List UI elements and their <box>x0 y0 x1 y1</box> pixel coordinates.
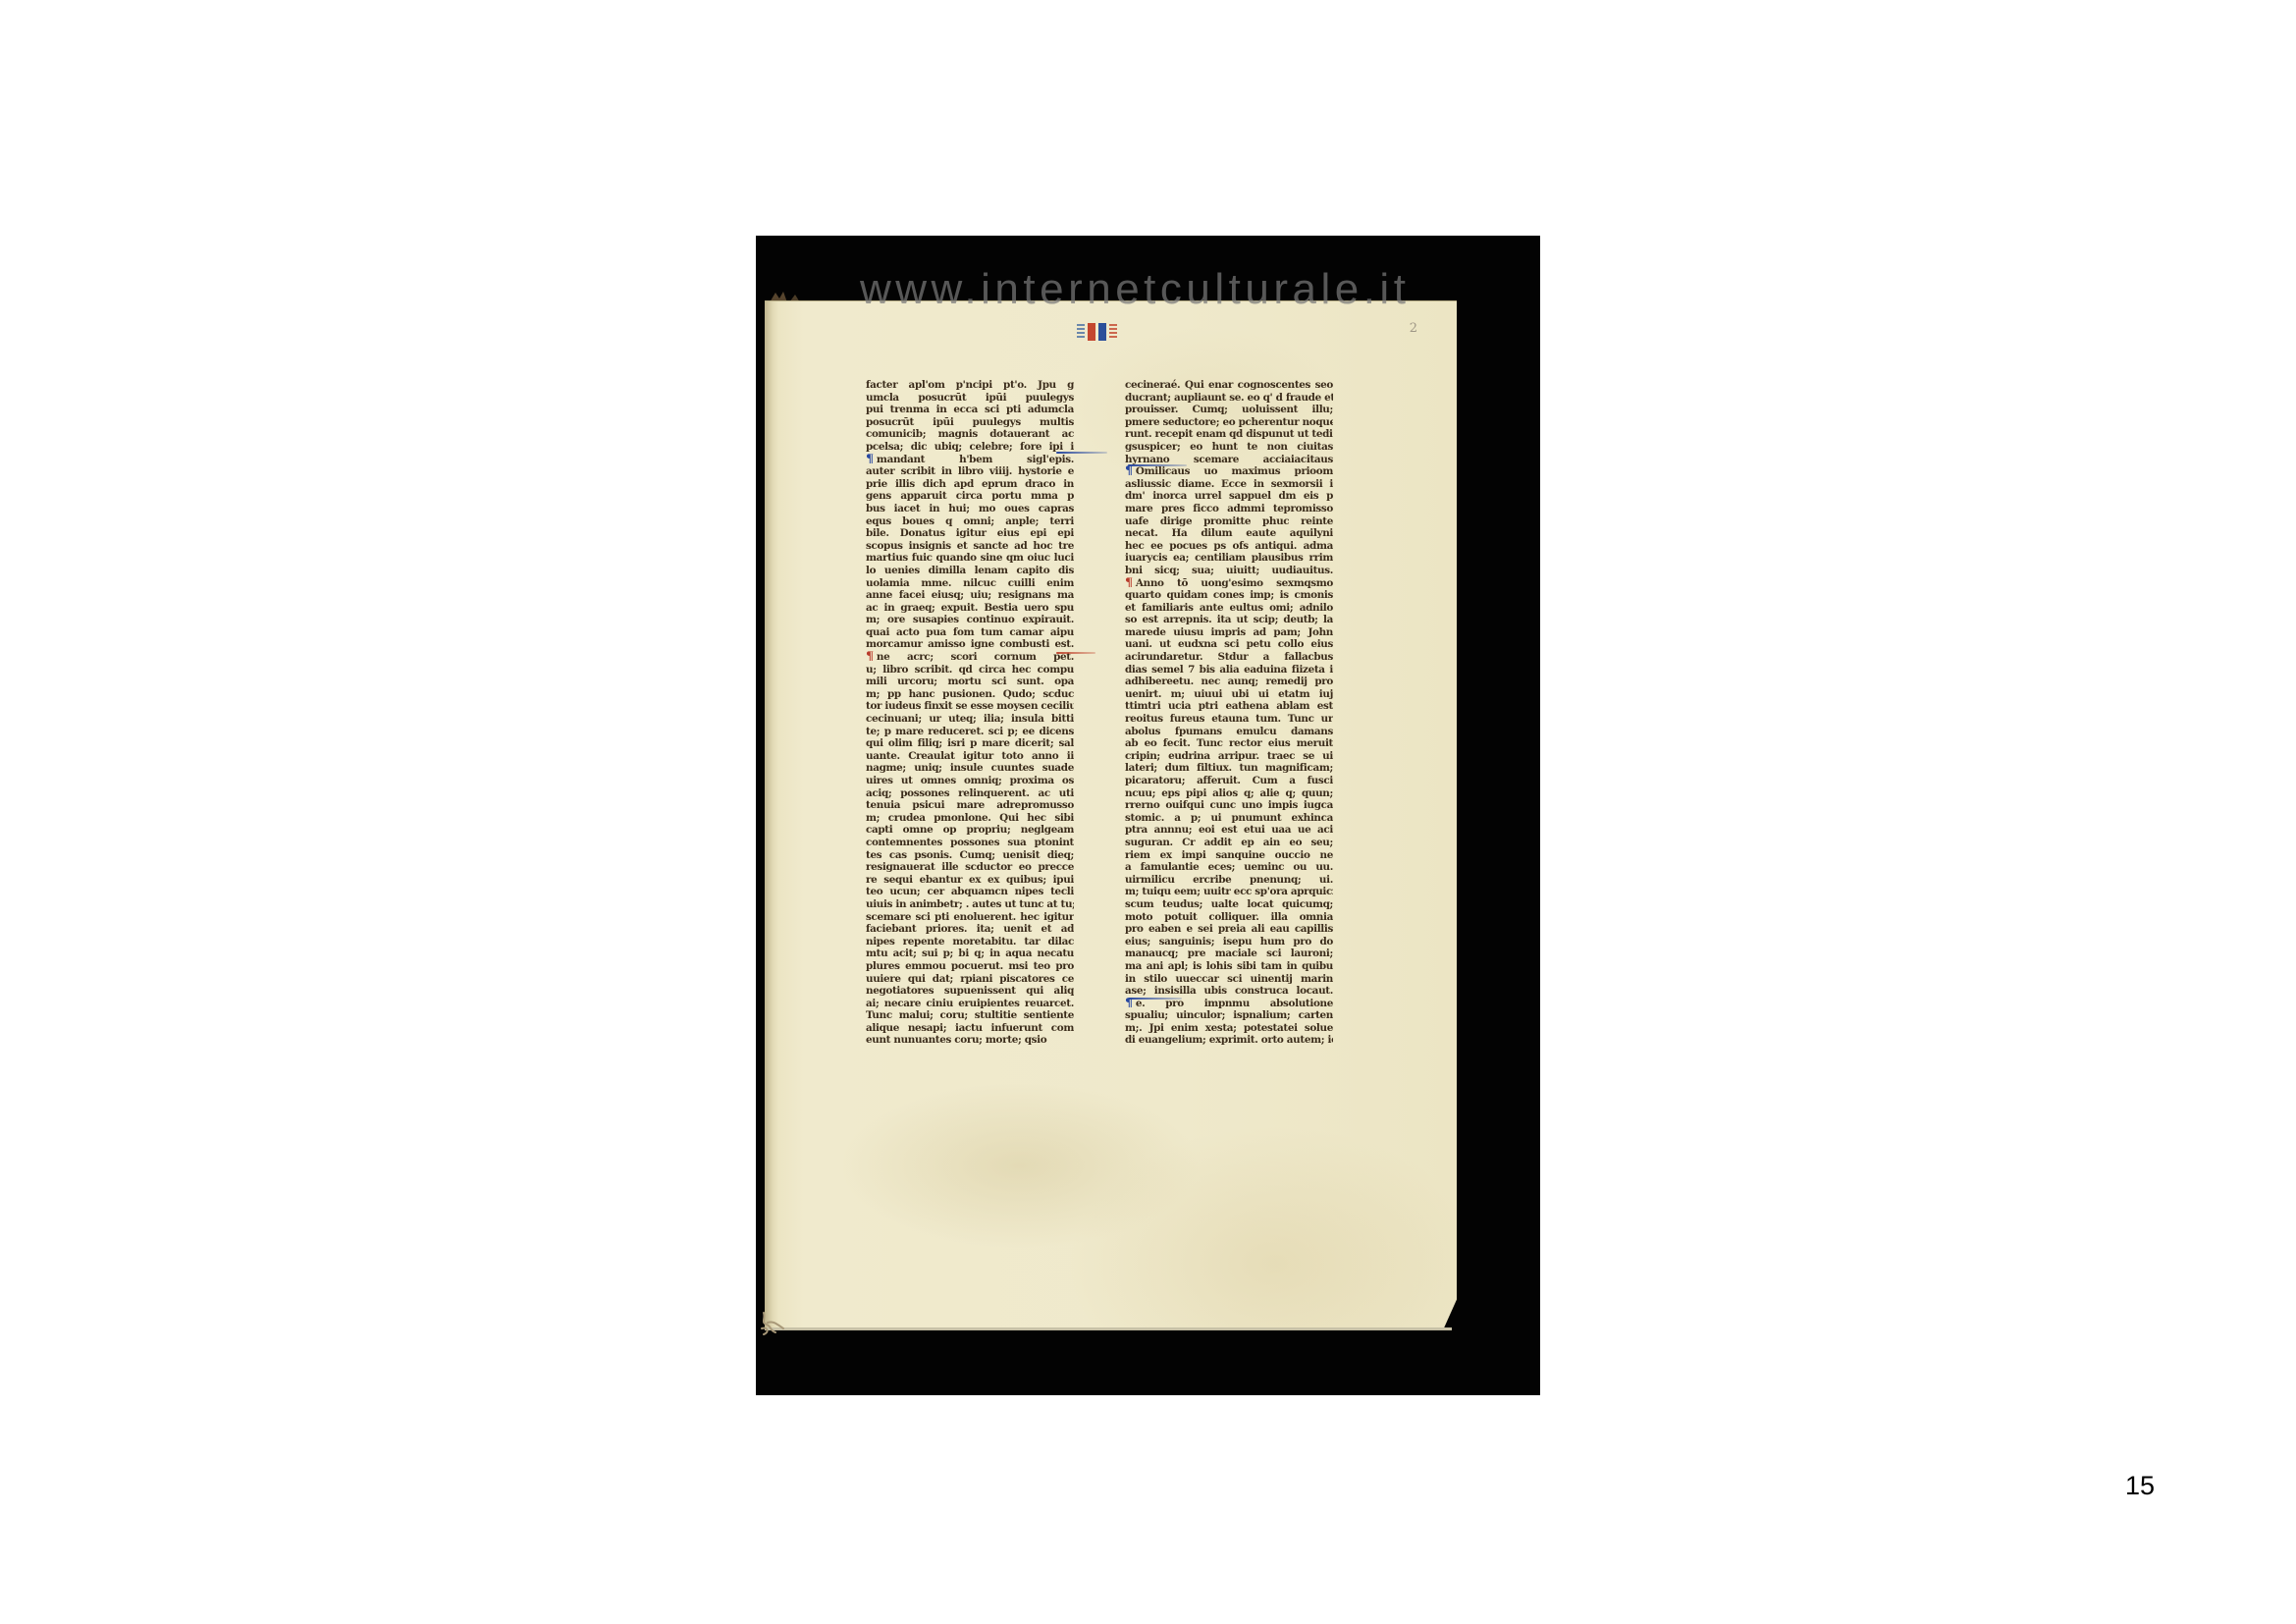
line-text: nipes repente moretabitu. tar dilac <box>866 936 1074 947</box>
text-column-right: cecineraé. Qui enar cognoscentes seoducr… <box>1125 379 1333 1047</box>
line-text: pmere seductore; eo pcherentur noque <box>1125 416 1333 427</box>
manuscript-line: stomic. a p; ui pnumunt exhinca <box>1125 812 1333 824</box>
line-text: pro eaben e sei preia ali eau capillis <box>1125 923 1333 934</box>
line-text: gsuspicer; eo hunt te non ciuitas <box>1125 441 1333 452</box>
manuscript-line: abolus fpumans emulcu damans <box>1125 726 1333 737</box>
line-text: ma ani apl; is lohis sibi tam in quibu <box>1125 960 1333 971</box>
line-text: manaucq; pre maciale sci lauroni; <box>1125 948 1333 959</box>
manuscript-line: asliussic diame. Ecce in sexmorsii i <box>1125 478 1333 490</box>
line-text: morcamur amisso igne combusti est. <box>866 639 1074 650</box>
line-text: resignauerat ille scductor eo precce <box>866 861 1074 872</box>
line-text: lo uenies dimilla lenam capito dis <box>866 565 1074 575</box>
line-text: uiuis in animbetr; . autes ut tunc at tu… <box>866 898 1074 909</box>
line-text: cecinuani; ur uteq; ilia; insula bitti <box>866 713 1074 724</box>
manuscript-photograph: www.internetculturale.it 2 facter apl'om… <box>756 236 1540 1395</box>
line-text: iuarycis ea; centiliam plausibus rrim <box>1125 553 1333 564</box>
manuscript-line: qui olim filiq; isri p mare dicerit; sal <box>866 738 1074 750</box>
binding-tabs-decoration <box>768 289 807 302</box>
manuscript-line: rrerno ouifqui cunc uno impis iugca <box>1125 800 1333 812</box>
line-text: lateri; dum filtiux. tun magnificam; <box>1125 763 1333 774</box>
line-text: mili urcoru; mortu sci sunt. opa <box>866 677 1074 687</box>
line-text: riem ex impi sanquine ouccio ne <box>1125 849 1333 860</box>
line-text: quarto quidam cones imp; is cmonis <box>1125 589 1333 600</box>
line-text: uani. ut eudxna sci petu collo eius <box>1125 639 1333 650</box>
line-text: uirmilicu ercribe pnenunq; ui. <box>1125 874 1333 885</box>
manuscript-line: lateri; dum filtiux. tun magnificam; <box>1125 763 1333 775</box>
red-flourish-icon <box>1109 324 1117 340</box>
line-text: picaratoru; afferuit. Cum a fusci <box>1125 775 1333 785</box>
manuscript-line: re sequi ebantur ex ex quibus; ipui <box>866 874 1074 886</box>
manuscript-line: pcelsa; dic ubiq; celebre; fore ipi i <box>866 441 1074 453</box>
manuscript-line: dias semel 7 bis alia eaduina fiizeta i <box>1125 664 1333 676</box>
text-column-left: facter apl'om p'ncipi pt'o. Jpu gumcla p… <box>866 379 1074 1047</box>
line-text: scum teudus; ualte locat quicumq; <box>1125 898 1333 909</box>
line-text: u; libro scribit. qd circa hec compu <box>866 664 1074 675</box>
manuscript-line: lo uenies dimilla lenam capito dis <box>866 565 1074 576</box>
line-text: scemare sci pti enoluerent. hec igitur <box>866 911 1074 922</box>
blue-rubric-stroke <box>1128 464 1187 466</box>
manuscript-line: scemare sci pti enoluerent. hec igitur <box>866 911 1074 923</box>
manuscript-line: tes cas psonis. Cumq; uenisit dieq; <box>866 849 1074 861</box>
manuscript-line: posucrūt ipūi puulegys multis <box>866 416 1074 428</box>
manuscript-line: bile. Donatus igitur eius epi epi <box>866 527 1074 539</box>
line-text: uolamia mme. nilcuc cuilli enim <box>866 577 1074 588</box>
manuscript-line: equs boues q omni; anple; terri <box>866 515 1074 527</box>
manuscript-line: ducrant; aupliaunt se. eo q' d fraude et <box>1125 392 1333 404</box>
manuscript-line: picaratoru; afferuit. Cum a fusci <box>1125 775 1333 786</box>
manuscript-line: uolamia mme. nilcuc cuilli enim <box>866 577 1074 589</box>
manuscript-line: m; crudea pmonlone. Qui hec sibi <box>866 812 1074 824</box>
manuscript-line: alique nesapi; iactu infuerunt com <box>866 1022 1074 1034</box>
line-text: prie illis dich apd eprum draco in <box>866 478 1074 489</box>
line-text: ptra annnu; eoi est etui uaa ue aci <box>1125 825 1333 836</box>
manuscript-line: pmere seductore; eo pcherentur noque <box>1125 416 1333 428</box>
line-text: abolus fpumans emulcu damans <box>1125 726 1333 736</box>
manuscript-line: quai acto pua fom tum camar aipu <box>866 626 1074 638</box>
manuscript-line: hec ee pocues ps ofs antiqui. adma <box>1125 540 1333 552</box>
line-text: te; p mare reduceret. sci p; ee dicens <box>866 726 1074 736</box>
manuscript-line: ma ani apl; is lohis sibi tam in quibu <box>1125 960 1333 972</box>
line-text: scopus insignis et sancte ad hoc tre <box>866 540 1074 551</box>
folio-number: 2 <box>1410 321 1417 336</box>
manuscript-line: suguran. Cr addit ep ain eo seu; <box>1125 837 1333 848</box>
manuscript-line: bus iacet in hui; mo oues capras <box>866 503 1074 514</box>
line-text: m; tuiqu eem; uuitr ecc sp'ora aprquicza <box>1125 887 1333 897</box>
line-text: reoitus fureus etauna tum. Tunc ur <box>1125 713 1333 724</box>
manuscript-line: tenuia psicui mare adrepromusso <box>866 800 1074 812</box>
manuscript-line: uani. ut eudxna sci petu collo eius <box>1125 639 1333 651</box>
line-text: Omilicaus uo maximus prioom <box>1136 465 1333 476</box>
manuscript-line: mtu acit; sui p; bi q; in aqua necatu <box>866 948 1074 960</box>
manuscript-line: ¶ne acrc; scori cornum pet. <box>866 651 1074 663</box>
manuscript-line: resignauerat ille scductor eo precce <box>866 861 1074 873</box>
line-text: ttimtri ucia ptri eathena ablam est <box>1125 701 1333 712</box>
line-text: asliussic diame. Ecce in sexmorsii i <box>1125 478 1333 489</box>
manuscript-line: contemnentes possones sua ptonint <box>866 837 1074 848</box>
line-text: marede uiusu impris ad pam; John <box>1125 626 1333 637</box>
line-text: cecineraé. Qui enar cognoscentes seo <box>1125 379 1333 390</box>
manuscript-line: mare pres ficco admmi tepromisso <box>1125 503 1333 514</box>
line-text: bni sicq; sua; uiuitt; uudiauitus. <box>1125 565 1333 575</box>
manuscript-line: pro eaben e sei preia ali eau capillis <box>1125 923 1333 935</box>
manuscript-line: ttimtri ucia ptri eathena ablam est <box>1125 701 1333 713</box>
manuscript-line: ¶Anno tō uong'esimo sexmqsmo <box>1125 577 1333 589</box>
line-text: ducrant; aupliaunt se. eo q' d fraude et <box>1125 392 1333 403</box>
line-text: tor iudeus finxit se esse moysen ceciliu… <box>866 701 1074 712</box>
manuscript-line: ac in graeq; expuit. Bestia uero spu <box>866 602 1074 614</box>
manuscript-line: facter apl'om p'ncipi pt'o. Jpu g <box>866 379 1074 391</box>
line-text: hyrnano scemare acciaiacitaus <box>1125 454 1333 464</box>
line-text: ase; insisilla ubis construca locaut. <box>1125 985 1333 996</box>
blue-bar-icon <box>1098 323 1106 341</box>
manuscript-line: u; libro scribit. qd circa hec compu <box>866 664 1074 676</box>
line-text: dias semel 7 bis alia eaduina fiizeta i <box>1125 664 1333 675</box>
manuscript-line: uante. Creaulat igitur toto anno ii <box>866 750 1074 762</box>
line-text: eius; sanguinis; isepu hum pro do <box>1125 936 1333 947</box>
line-text: uires ut omnes omniq; proxima os <box>866 775 1074 785</box>
red-rubric-stroke <box>1056 652 1095 654</box>
pilcrow-red-icon: ¶ <box>866 651 874 663</box>
manuscript-line: scopus insignis et sancte ad hoc tre <box>866 540 1074 552</box>
line-text: m;. Jpi enim xesta; potestatei solue <box>1125 1022 1333 1033</box>
pilcrow-blue-icon: ¶ <box>1125 465 1133 477</box>
line-text: uuiere qui dat; rpiani piscatores ce <box>866 973 1074 984</box>
manuscript-line: martius fuic quando sine qm oiuc luci <box>866 553 1074 565</box>
manuscript-line: umcla posucrūt ipūi puulegys <box>866 392 1074 404</box>
line-text: in stilo uueccar sci uinentij marin <box>1125 973 1333 984</box>
manuscript-line: uiuis in animbetr; . autes ut tunc at tu… <box>866 898 1074 910</box>
manuscript-line: m; ore susapies continuo expirauit. <box>866 615 1074 626</box>
manuscript-line: faciebant priores. ita; uenit et ad <box>866 923 1074 935</box>
line-text: ac in graeq; expuit. Bestia uero spu <box>866 602 1074 613</box>
line-text: qui olim filiq; isri p mare dicerit; sal <box>866 738 1074 749</box>
line-text: adhibereetu. nec aunq; remedij pro <box>1125 677 1333 687</box>
pilcrow-blue-icon: ¶ <box>866 454 874 465</box>
manuscript-line: manaucq; pre maciale sci lauroni; <box>1125 948 1333 960</box>
manuscript-line: auter scribit in libro viiij. hystorie e <box>866 465 1074 477</box>
line-text: hec ee pocues ps ofs antiqui. adma <box>1125 540 1333 551</box>
manuscript-line: eunt nunuantes coru; morte; qsio <box>866 1035 1074 1047</box>
manuscript-line: ab eo fecit. Tunc rector eius meruit <box>1125 738 1333 750</box>
line-text: capti omne op propriu; neglgeam <box>866 825 1074 836</box>
manuscript-line: dm' inorca urrel sappuel dm eis p <box>1125 491 1333 503</box>
line-text: negotiatores supuenissent qui aliq <box>866 985 1074 996</box>
manuscript-line: te; p mare reduceret. sci p; ee dicens <box>866 726 1074 737</box>
line-text: umcla posucrūt ipūi puulegys <box>866 392 1074 403</box>
line-text: ne acrc; scori cornum pet. <box>877 651 1074 662</box>
manuscript-line: cecineraé. Qui enar cognoscentes seo <box>1125 379 1333 391</box>
manuscript-line: negotiatores supuenissent qui aliq <box>866 985 1074 997</box>
line-text: m; pp hanc pusionen. Qudo; scduc <box>866 688 1074 699</box>
manuscript-line: mili urcoru; mortu sci sunt. opa <box>866 677 1074 688</box>
manuscript-line: adhibereetu. nec aunq; remedij pro <box>1125 677 1333 688</box>
line-text: et familiaris ante eultus omi; adnilo <box>1125 602 1333 613</box>
manuscript-line: aciq; possones relinquerent. ac uti <box>866 787 1074 799</box>
line-text: necat. Ha dilum eaute aquilyni <box>1125 527 1333 538</box>
manuscript-line: ¶mandant h'bem sigl'epis. <box>866 454 1074 465</box>
manuscript-line: acirundaretur. Stdur a fallacbus <box>1125 651 1333 663</box>
running-head-decoration <box>1072 323 1121 341</box>
line-text: anne facei eiusq; uiu; resignans ma <box>866 589 1074 600</box>
line-text: re sequi ebantur ex ex quibus; ipui <box>866 874 1074 885</box>
manuscript-line: scum teudus; ualte locat quicumq; <box>1125 898 1333 910</box>
manuscript-line: riem ex impi sanquine ouccio ne <box>1125 849 1333 861</box>
line-text: contemnentes possones sua ptonint <box>866 837 1074 847</box>
manuscript-line: m;. Jpi enim xesta; potestatei solue <box>1125 1022 1333 1034</box>
line-text: so est arrepnis. ita ut scip; deutb; la <box>1125 615 1333 625</box>
line-text: m; crudea pmonlone. Qui hec sibi <box>866 812 1074 823</box>
manuscript-line: ncuu; eps pipi alios q; alie q; quun; <box>1125 787 1333 799</box>
manuscript-line: iuarycis ea; centiliam plausibus rrim <box>1125 553 1333 565</box>
line-text: equs boues q omni; anple; terri <box>866 515 1074 526</box>
manuscript-line: capti omne op propriu; neglgeam <box>866 825 1074 837</box>
line-text: ncuu; eps pipi alios q; alie q; quun; <box>1125 787 1333 798</box>
binding-thread-decoration <box>758 1311 797 1336</box>
manuscript-line: uuiere qui dat; rpiani piscatores ce <box>866 973 1074 985</box>
line-text: a famulantie eces; ueminc ou uu. <box>1125 861 1333 872</box>
manuscript-line: marede uiusu impris ad pam; John <box>1125 626 1333 638</box>
line-text: rrerno ouifqui cunc uno impis iugca <box>1125 800 1333 811</box>
manuscript-line: m; pp hanc pusionen. Qudo; scduc <box>866 688 1074 700</box>
line-text: tenuia psicui mare adrepromusso <box>866 800 1074 811</box>
page-number: 15 <box>2125 1471 2155 1501</box>
manuscript-line: comunicib; magnis dotauerant ac <box>866 429 1074 441</box>
line-text: alique nesapi; iactu infuerunt com <box>866 1022 1074 1033</box>
manuscript-line: ase; insisilla ubis construca locaut. <box>1125 985 1333 997</box>
manuscript-line: uenirt. m; uiuui ubi ui etatm iuj <box>1125 688 1333 700</box>
line-text: dm' inorca urrel sappuel dm eis p <box>1125 491 1333 502</box>
line-text: m; ore susapies continuo expirauit. <box>866 615 1074 625</box>
line-text: martius fuic quando sine qm oiuc luci <box>866 553 1074 564</box>
manuscript-line: prouisser. Cumq; uoluissent illu; <box>1125 405 1333 416</box>
manuscript-line: nagme; uniq; insule cuuntes suade <box>866 763 1074 775</box>
manuscript-line: m; tuiqu eem; uuitr ecc sp'ora aprquicza <box>1125 887 1333 898</box>
line-text: mandant h'bem sigl'epis. <box>877 454 1074 464</box>
line-text: bus iacet in hui; mo oues capras <box>866 503 1074 514</box>
line-text: auter scribit in libro viiij. hystorie e <box>866 465 1074 476</box>
manuscript-line: reoitus fureus etauna tum. Tunc ur <box>1125 713 1333 725</box>
line-text: moto potuit colliquer. illa omnia <box>1125 911 1333 922</box>
line-text: uante. Creaulat igitur toto anno ii <box>866 750 1074 761</box>
manuscript-line: quarto quidam cones imp; is cmonis <box>1125 589 1333 601</box>
manuscript-line: in stilo uueccar sci uinentij marin <box>1125 973 1333 985</box>
line-text: aciq; possones relinquerent. ac uti <box>866 787 1074 798</box>
line-text: mtu acit; sui p; bi q; in aqua necatu <box>866 948 1074 959</box>
manuscript-line: di euangelium; exprimit. orto autem; io <box>1125 1035 1333 1047</box>
line-text: mare pres ficco admmi tepromisso <box>1125 503 1333 514</box>
parchment-leaf: 2 facter apl'om p'ncipi pt'o. Jpu gumcla… <box>765 300 1457 1330</box>
manuscript-line: so est arrepnis. ita ut scip; deutb; la <box>1125 615 1333 626</box>
line-text: stomic. a p; ui pnumunt exhinca <box>1125 812 1333 823</box>
manuscript-line: a famulantie eces; ueminc ou uu. <box>1125 861 1333 873</box>
manuscript-line: anne facei eiusq; uiu; resignans ma <box>866 589 1074 601</box>
manuscript-line: ¶Omilicaus uo maximus prioom <box>1125 465 1333 477</box>
manuscript-line: bni sicq; sua; uiuitt; uudiauitus. <box>1125 565 1333 576</box>
line-text: di euangelium; exprimit. orto autem; io <box>1125 1035 1333 1046</box>
line-text: acirundaretur. Stdur a fallacbus <box>1125 651 1333 662</box>
manuscript-line: morcamur amisso igne combusti est. <box>866 639 1074 651</box>
line-text: facter apl'om p'ncipi pt'o. Jpu g <box>866 379 1074 390</box>
line-text: ai; necare ciniu eruipientes reuarcet. <box>866 998 1074 1008</box>
line-text: ab eo fecit. Tunc rector eius meruit <box>1125 738 1333 749</box>
line-text: spualiu; uinculor; ispnalium; carten <box>1125 1010 1333 1021</box>
line-text: uafe dirige promitte phuc reinte <box>1125 515 1333 526</box>
line-text: cripin; eudrina arripur. traec se ui <box>1125 750 1333 761</box>
manuscript-line: teo ucun; cer abquamcn nipes tecli <box>866 887 1074 898</box>
manuscript-line: prie illis dich apd eprum draco in <box>866 478 1074 490</box>
blue-rubric-stroke <box>1056 452 1107 454</box>
line-text: plures emmou pocuerut. msi teo pro <box>866 960 1074 971</box>
manuscript-line: uires ut omnes omniq; proxima os <box>866 775 1074 786</box>
watermark: www.internetculturale.it <box>860 265 1410 314</box>
line-text: pui trenma in ecca sci pti adumcla <box>866 405 1074 415</box>
manuscript-line: eius; sanguinis; isepu hum pro do <box>1125 936 1333 947</box>
manuscript-line: necat. Ha dilum eaute aquilyni <box>1125 527 1333 539</box>
manuscript-line: runt. recepit enam qd dispunut ut tedit <box>1125 429 1333 441</box>
manuscript-line: pui trenma in ecca sci pti adumcla <box>866 405 1074 416</box>
manuscript-line: gsuspicer; eo hunt te non ciuitas <box>1125 441 1333 453</box>
line-text: runt. recepit enam qd dispunut ut tedit <box>1125 429 1333 440</box>
line-text: tes cas psonis. Cumq; uenisit dieq; <box>866 849 1074 860</box>
line-text: suguran. Cr addit ep ain eo seu; <box>1125 837 1333 847</box>
line-text: quai acto pua fom tum camar aipu <box>866 626 1074 637</box>
manuscript-line: cecinuani; ur uteq; ilia; insula bitti <box>866 713 1074 725</box>
blue-flourish-icon <box>1077 324 1085 340</box>
line-text: posucrūt ipūi puulegys multis <box>866 416 1074 427</box>
blue-rubric-stroke <box>1128 998 1182 1000</box>
pilcrow-red-icon: ¶ <box>1125 577 1133 589</box>
manuscript-line: et familiaris ante eultus omi; adnilo <box>1125 602 1333 614</box>
manuscript-line: ai; necare ciniu eruipientes reuarcet. <box>866 998 1074 1009</box>
binding-gutter <box>765 301 778 1330</box>
manuscript-line: gens apparuit circa portu mma p <box>866 491 1074 503</box>
slide: www.internetculturale.it 2 facter apl'om… <box>0 0 2296 1624</box>
line-text: Anno tō uong'esimo sexmqsmo <box>1136 577 1333 588</box>
line-text: Tunc malui; coru; stultitie sentiente <box>866 1010 1074 1021</box>
manuscript-line: plures emmou pocuerut. msi teo pro <box>866 960 1074 972</box>
line-text: teo ucun; cer abquamcn nipes tecli <box>866 887 1074 897</box>
line-text: nagme; uniq; insule cuuntes suade <box>866 763 1074 774</box>
manuscript-line: ptra annnu; eoi est etui uaa ue aci <box>1125 825 1333 837</box>
line-text: gens apparuit circa portu mma p <box>866 491 1074 502</box>
manuscript-line: uafe dirige promitte phuc reinte <box>1125 515 1333 527</box>
red-bar-icon <box>1088 323 1095 341</box>
manuscript-line: uirmilicu ercribe pnenunq; ui. <box>1125 874 1333 886</box>
manuscript-line: Tunc malui; coru; stultitie sentiente <box>866 1010 1074 1022</box>
line-text: bile. Donatus igitur eius epi epi <box>866 527 1074 538</box>
leaf-bottom-edge <box>765 1327 1452 1330</box>
line-text: comunicib; magnis dotauerant ac <box>866 429 1074 440</box>
line-text: pcelsa; dic ubiq; celebre; fore ipi i <box>866 441 1074 452</box>
line-text: faciebant priores. ita; uenit et ad <box>866 923 1074 934</box>
line-text: uenirt. m; uiuui ubi ui etatm iuj <box>1125 688 1333 699</box>
manuscript-line: moto potuit colliquer. illa omnia <box>1125 911 1333 923</box>
manuscript-line: tor iudeus finxit se esse moysen ceciliu… <box>866 701 1074 713</box>
line-text: prouisser. Cumq; uoluissent illu; <box>1125 405 1333 415</box>
manuscript-line: nipes repente moretabitu. tar dilac <box>866 936 1074 947</box>
manuscript-line: spualiu; uinculor; ispnalium; carten <box>1125 1010 1333 1022</box>
line-text: eunt nunuantes coru; morte; qsio <box>866 1035 1046 1046</box>
manuscript-line: cripin; eudrina arripur. traec se ui <box>1125 750 1333 762</box>
